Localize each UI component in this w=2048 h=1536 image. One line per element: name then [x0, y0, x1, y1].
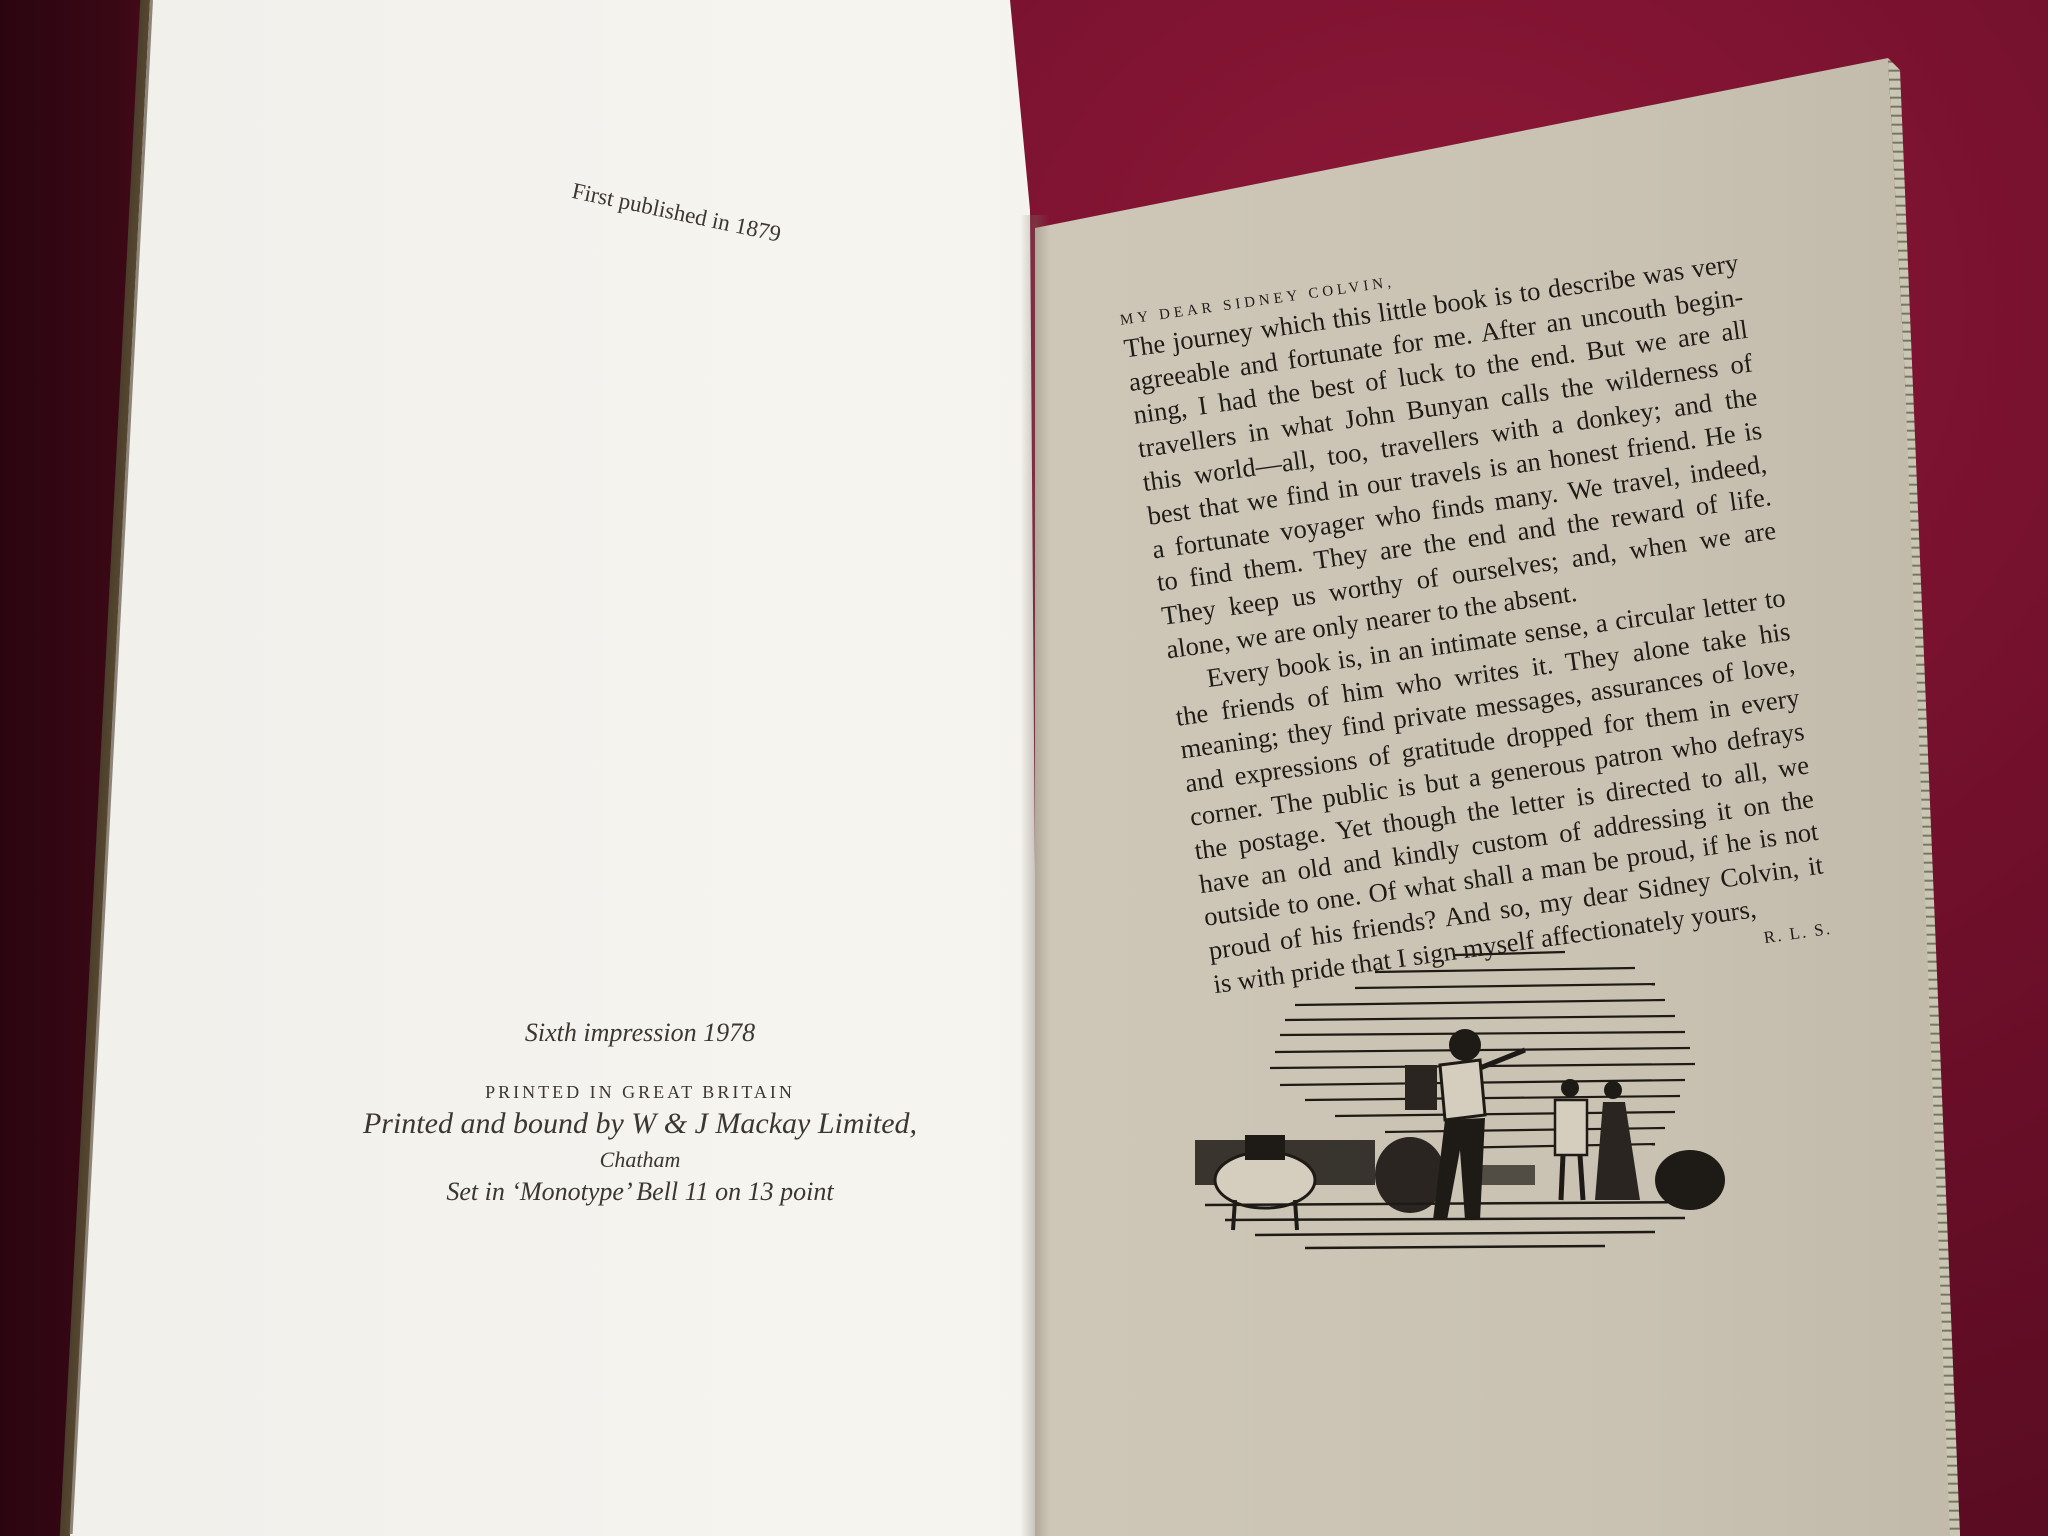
dedication-letter: MY DEAR SIDNEY COLVIN, The journey which… [1118, 219, 1834, 1032]
printer-place: Chatham [600, 1147, 681, 1172]
book-gutter [1020, 215, 1050, 1536]
imprint-block: Sixth impression 1978 PRINTED IN GREAT B… [320, 1018, 960, 1207]
donkey-center [1375, 1137, 1445, 1213]
printer-name: Printed and bound by W & J Mackay Limite… [363, 1107, 917, 1140]
impression-line: Sixth impression 1978 [320, 1018, 960, 1048]
printed-in-line: PRINTED IN GREAT BRITAIN [320, 1082, 960, 1103]
typeset-line: Set in ‘Monotype’ Bell 11 on 13 point [320, 1177, 960, 1207]
ground-hatching [1205, 1202, 1705, 1248]
printer-line: Printed and bound by W & J Mackay Limite… [320, 1107, 960, 1175]
engraving-illustration [1185, 940, 1725, 1260]
